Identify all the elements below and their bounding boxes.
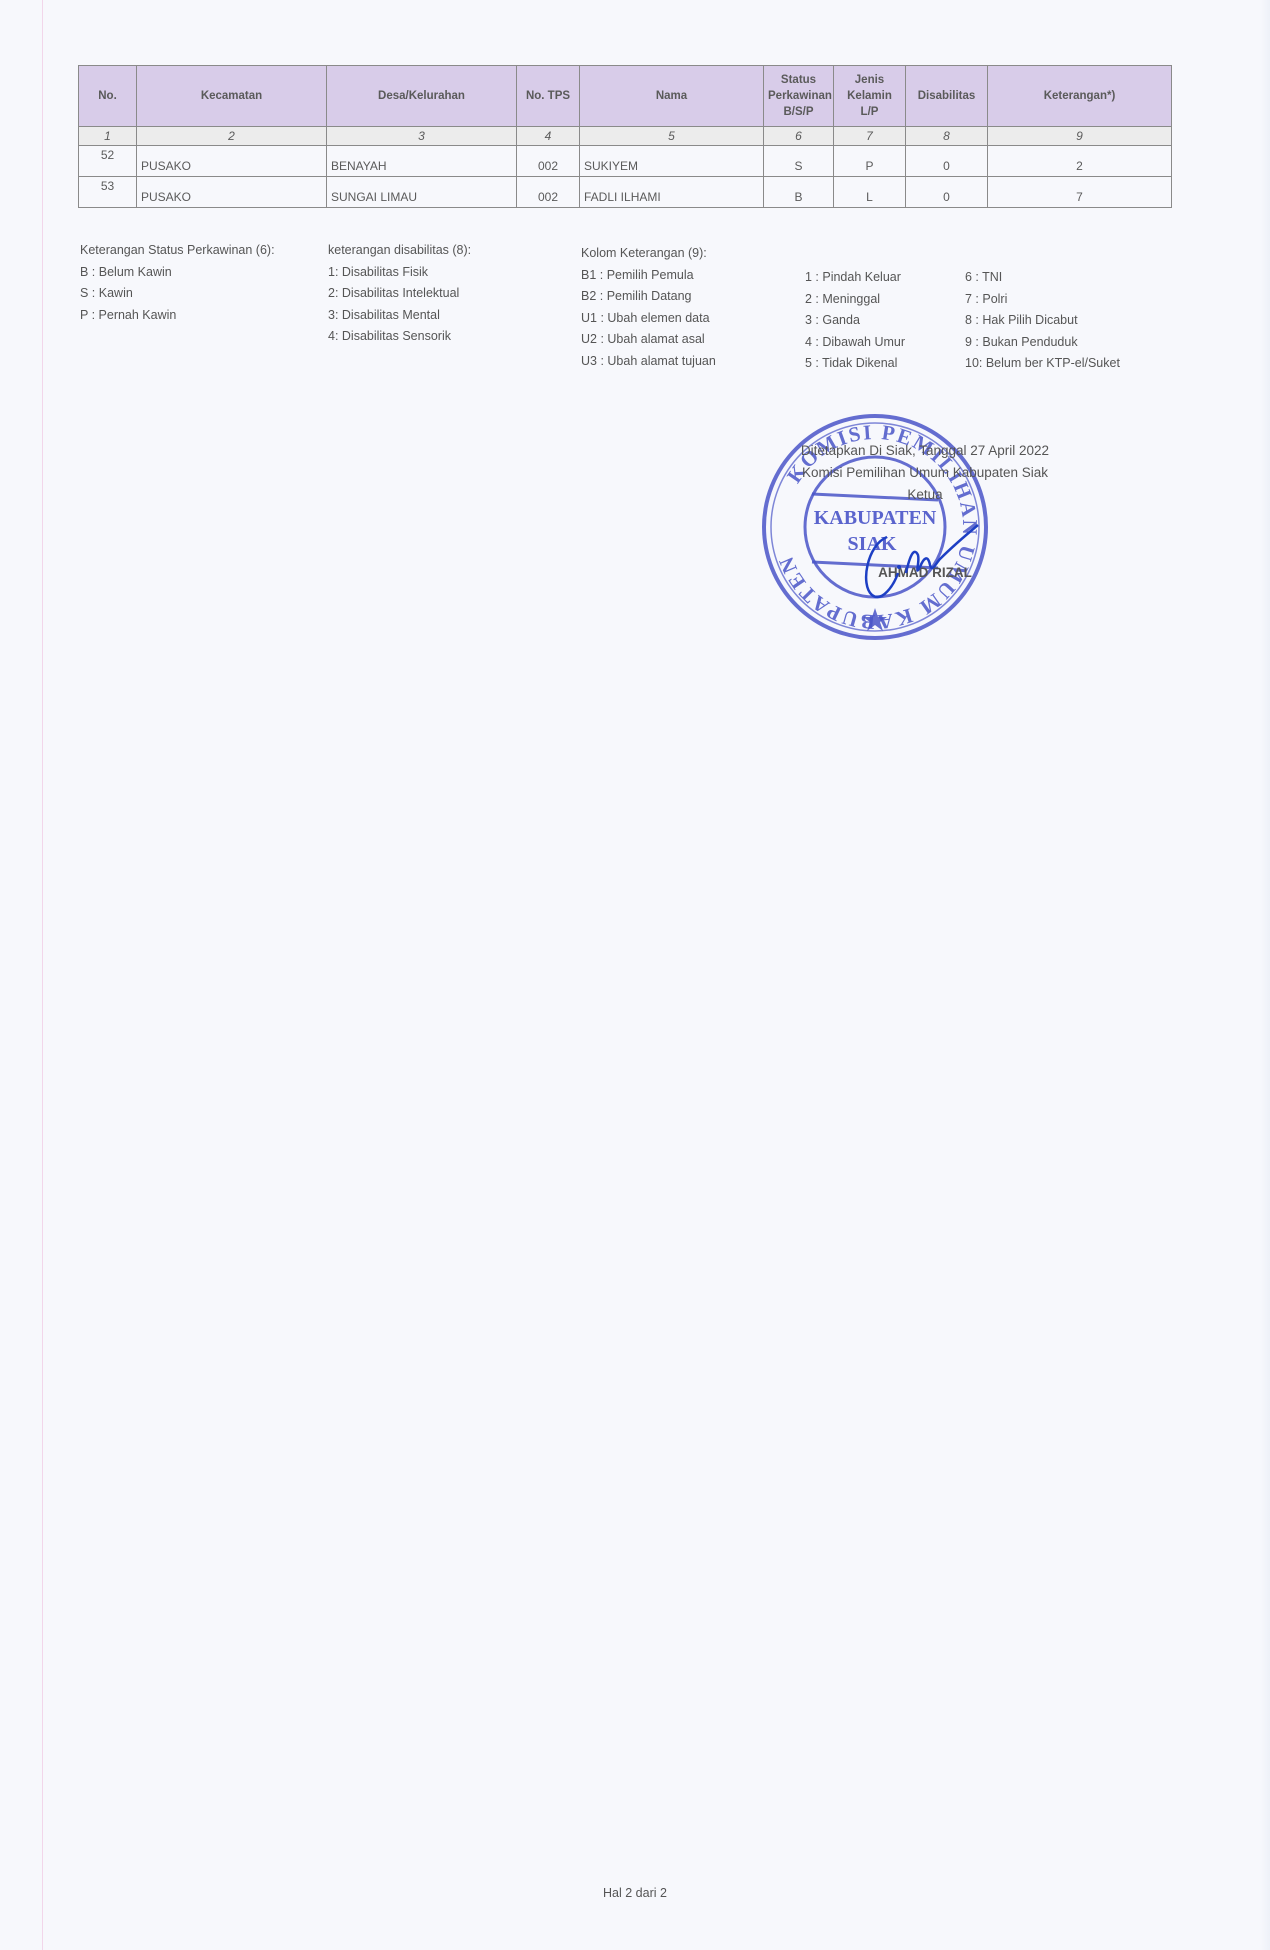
page-number: Hal 2 dari 2 [0, 1886, 1270, 1900]
legend-status-perkawinan: Keterangan Status Perkawinan (6): B : Be… [80, 240, 275, 326]
cell-status: B [764, 177, 834, 208]
cell-jenis-kelamin: L [834, 177, 906, 208]
cell-no: 53 [79, 177, 137, 208]
table-header-row: No. Kecamatan Desa/Kelurahan No. TPS Nam… [79, 66, 1172, 127]
header-status: Status Perkawinan B/S/P [764, 66, 834, 127]
column-number: 2 [137, 127, 327, 146]
legend-item: U3 : Ubah alamat tujuan [581, 351, 716, 373]
institution: Komisi Pemilihan Umum Kabupaten Siak [760, 462, 1090, 484]
column-number: 5 [580, 127, 764, 146]
header-status-line: Status [768, 72, 829, 88]
header-kecamatan: Kecamatan [137, 66, 327, 127]
column-number: 3 [327, 127, 517, 146]
legend-item: S : Kawin [80, 283, 275, 305]
header-status-line: B/S/P [768, 104, 829, 120]
header-tps: No. TPS [517, 66, 580, 127]
header-nama: Nama [580, 66, 764, 127]
cell-keterangan: 2 [988, 146, 1172, 177]
page-margin-line [42, 0, 43, 1950]
column-number: 4 [517, 127, 580, 146]
cell-status: S [764, 146, 834, 177]
cell-disabilitas: 0 [906, 177, 988, 208]
cell-desa: BENAYAH [327, 146, 517, 177]
voter-table: No. Kecamatan Desa/Kelurahan No. TPS Nam… [78, 65, 1172, 208]
cell-nama: SUKIYEM [580, 146, 764, 177]
legend-item: U2 : Ubah alamat asal [581, 329, 716, 351]
legend-item: 9 : Bukan Penduduk [965, 332, 1120, 354]
column-number-row: 1 2 3 4 5 6 7 8 9 [79, 127, 1172, 146]
legend-item: 8 : Hak Pilih Dicabut [965, 310, 1120, 332]
column-number: 7 [834, 127, 906, 146]
header-jk-line: Jenis [838, 72, 901, 88]
column-number: 6 [764, 127, 834, 146]
column-number: 9 [988, 127, 1172, 146]
table-row: 53 PUSAKO SUNGAI LIMAU 002 FADLI ILHAMI … [79, 177, 1172, 208]
legend-item: 4: Disabilitas Sensorik [328, 326, 471, 348]
header-no: No. [79, 66, 137, 127]
cell-nama: FADLI ILHAMI [580, 177, 764, 208]
signer-role: Ketua [760, 484, 1090, 506]
legend-item: 7 : Polri [965, 289, 1120, 311]
legend-item: 1: Disabilitas Fisik [328, 262, 471, 284]
legend-item: 2 : Meninggal [805, 289, 905, 311]
cell-kecamatan: PUSAKO [137, 146, 327, 177]
legend-item: 1 : Pindah Keluar [805, 267, 905, 289]
legend-item: B : Belum Kawin [80, 262, 275, 284]
page-edge-shadow [1260, 0, 1270, 1950]
cell-jenis-kelamin: P [834, 146, 906, 177]
legend-title: Keterangan Status Perkawinan (6): [80, 240, 275, 262]
header-jenis-kelamin: Jenis Kelamin L/P [834, 66, 906, 127]
signature-icon [862, 515, 982, 605]
cell-disabilitas: 0 [906, 146, 988, 177]
header-disabilitas: Disabilitas [906, 66, 988, 127]
legend-item: 5 : Tidak Dikenal [805, 353, 905, 375]
legend-keterangan-col3: 6 : TNI 7 : Polri 8 : Hak Pilih Dicabut … [965, 267, 1120, 375]
header-keterangan: Keterangan*) [988, 66, 1172, 127]
cell-tps: 002 [517, 146, 580, 177]
legend-title: Kolom Keterangan (9): [581, 243, 716, 265]
header-jk-line: L/P [838, 104, 901, 120]
cell-no: 52 [79, 146, 137, 177]
legend-disabilitas: keterangan disabilitas (8): 1: Disabilit… [328, 240, 471, 348]
legend-item: B1 : Pemilih Pemula [581, 265, 716, 287]
legend-item: 2: Disabilitas Intelektual [328, 283, 471, 305]
legend-item: P : Pernah Kawin [80, 305, 275, 327]
legend-keterangan: Kolom Keterangan (9): B1 : Pemilih Pemul… [581, 243, 716, 372]
place-date: Ditetapkan Di Siak, Tanggal 27 April 202… [760, 440, 1090, 462]
cell-desa: SUNGAI LIMAU [327, 177, 517, 208]
legend-item: 3: Disabilitas Mental [328, 305, 471, 327]
legend-item: 3 : Ganda [805, 310, 905, 332]
legend-keterangan-col2: 1 : Pindah Keluar 2 : Meninggal 3 : Gand… [805, 267, 905, 375]
cell-kecamatan: PUSAKO [137, 177, 327, 208]
legend-item: 10: Belum ber KTP-el/Suket [965, 353, 1120, 375]
header-status-line: Perkawinan [768, 88, 829, 104]
cell-tps: 002 [517, 177, 580, 208]
column-number: 1 [79, 127, 137, 146]
cell-keterangan: 7 [988, 177, 1172, 208]
legend-item: U1 : Ubah elemen data [581, 308, 716, 330]
legend-title: keterangan disabilitas (8): [328, 240, 471, 262]
table-row: 52 PUSAKO BENAYAH 002 SUKIYEM S P 0 2 [79, 146, 1172, 177]
legend-item: 4 : Dibawah Umur [805, 332, 905, 354]
header-desa: Desa/Kelurahan [327, 66, 517, 127]
legend-item: 6 : TNI [965, 267, 1120, 289]
header-jk-line: Kelamin [838, 88, 901, 104]
legend-item: B2 : Pemilih Datang [581, 286, 716, 308]
column-number: 8 [906, 127, 988, 146]
